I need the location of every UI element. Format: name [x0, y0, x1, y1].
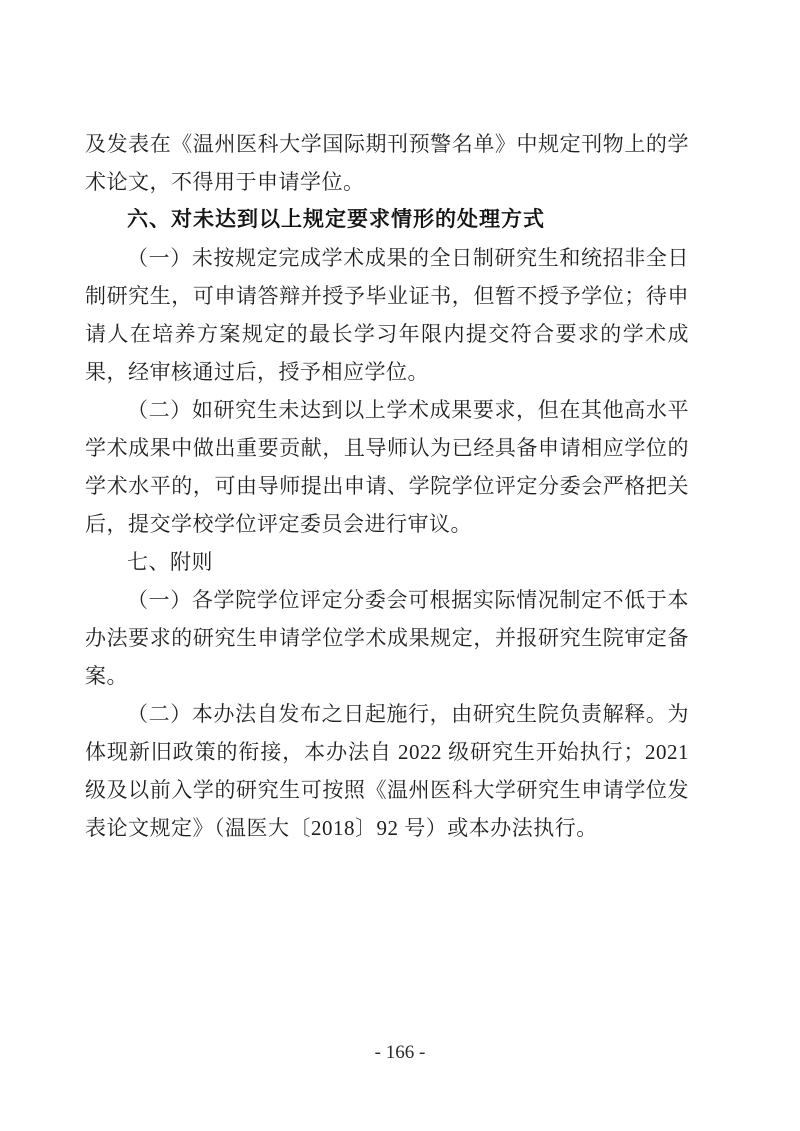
paragraph-continuation: 及发表在《温州医科大学国际期刊预警名单》中规定刊物上的学术论文，不得用于申请学位… [85, 125, 689, 201]
section-heading-6: 六、对未达到以上规定要求情形的处理方式 [85, 201, 689, 239]
paragraph-7-1: （一）各学院学位评定分委会可根据实际情况制定不低于本办法要求的研究生申请学位学术… [85, 581, 689, 695]
paragraph-6-2: （二）如研究生未达到以上学术成果要求，但在其他高水平学术成果中做出重要贡献，且导… [85, 391, 689, 543]
section-heading-7: 七、附则 [85, 543, 689, 581]
paragraph-7-2: （二）本办法自发布之日起施行，由研究生院负责解释。为体现新旧政策的衔接，本办法自… [85, 695, 689, 847]
page-number: - 166 - [0, 1040, 800, 1066]
document-page: 及发表在《温州医科大学国际期刊预警名单》中规定刊物上的学术论文，不得用于申请学位… [0, 0, 800, 1131]
paragraph-6-1: （一）未按规定完成学术成果的全日制研究生和统招非全日制研究生，可申请答辩并授予毕… [85, 239, 689, 391]
document-text-block: 及发表在《温州医科大学国际期刊预警名单》中规定刊物上的学术论文，不得用于申请学位… [85, 125, 689, 847]
